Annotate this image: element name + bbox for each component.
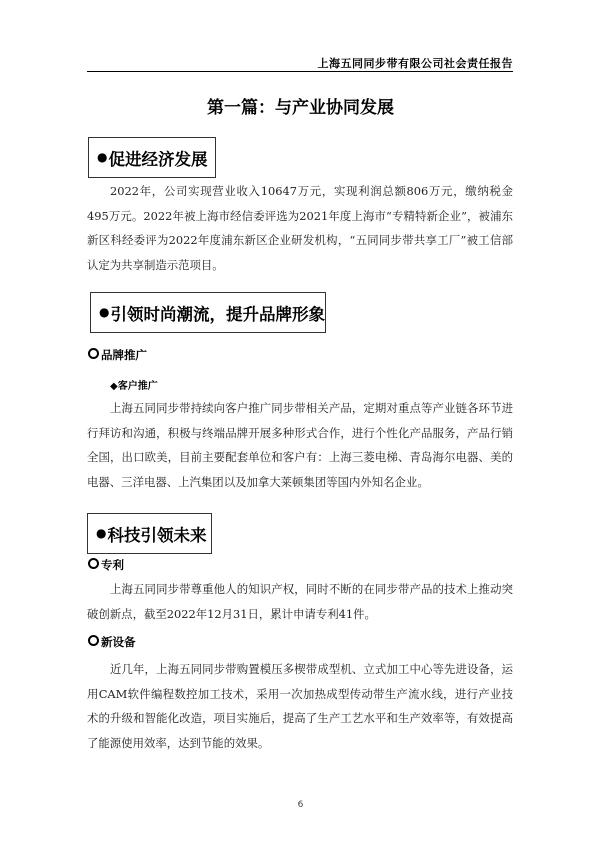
- bullet-icon: ●: [99, 305, 109, 319]
- economic-development-paragraph: 2022年，公司实现营业收入10647万元，实现利润总额806万元，缴纳税金49…: [87, 179, 513, 277]
- diamond-bullet-icon: ◆: [110, 381, 118, 392]
- section-heading-economic-development: ● 促进经济发展: [88, 137, 216, 178]
- subheading-label: 新设备: [101, 635, 136, 649]
- circle-bullet-icon: [88, 558, 99, 569]
- patents-paragraph: 上海五同同步带尊重他人的知识产权，同时不断的在同步带产品的技术上推动突破创新点，…: [87, 577, 513, 626]
- subheading-new-equipment: 新设备: [88, 634, 136, 650]
- section-heading-brand-image: ● 引领时尚潮流，提升品牌形象: [90, 292, 326, 333]
- subheading-label: 品牌推广: [101, 348, 147, 362]
- new-equipment-paragraph: 近几年，上海五同同步带购置模压多楔带成型机、立式加工中心等先进设备，运用CAM软…: [87, 657, 513, 755]
- header-rule: [87, 71, 513, 72]
- subheading-brand-promotion: 品牌推广: [88, 347, 147, 363]
- section-title: 促进经济发展: [108, 146, 207, 170]
- bullet-icon: ●: [96, 526, 106, 540]
- subheading-label: 客户推广: [118, 381, 158, 392]
- section-heading-technology: ● 科技引领未来: [87, 513, 212, 554]
- subheading-label: 专利: [101, 558, 124, 572]
- subheading-patents: 专利: [88, 557, 124, 573]
- subheading-customer-promotion: ◆客户推广: [110, 377, 158, 392]
- section-title: 引领时尚潮流，提升品牌形象: [110, 301, 325, 325]
- running-header: 上海五同同步带有限公司社会责任报告: [87, 55, 513, 71]
- circle-bullet-icon: [88, 635, 99, 646]
- page-number: 6: [0, 800, 601, 810]
- bullet-icon: ●: [97, 150, 107, 164]
- chapter-title: 第一篇：与产业协同发展: [0, 93, 601, 118]
- customer-promotion-paragraph: 上海五同同步带持续向客户推广同步带相关产品，定期对重点等产业链各环节进行拜访和沟…: [87, 396, 513, 494]
- section-title: 科技引领未来: [107, 522, 206, 546]
- circle-bullet-icon: [88, 348, 99, 359]
